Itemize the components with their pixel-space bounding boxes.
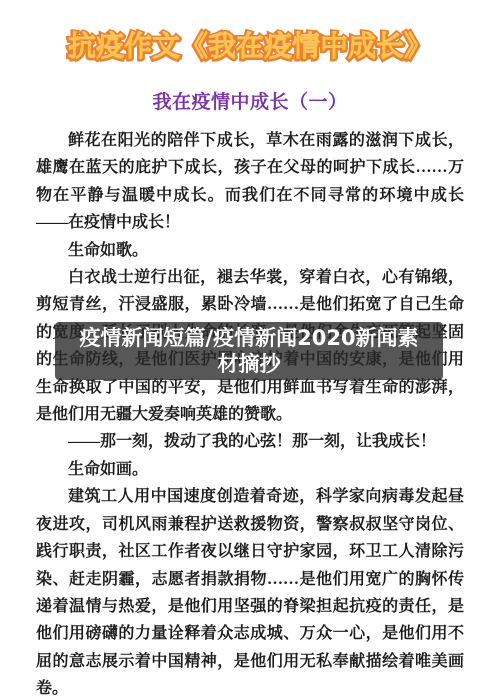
essay-subtitle: 我在疫情中成长（一） <box>0 87 500 114</box>
article-page: 抗疫作文《我在疫情中成长》 抗疫作文《我在疫情中成长》 我在疫情中成长（一） 鲜… <box>0 0 500 697</box>
watermark-line-2: 材摘抄 <box>218 351 281 377</box>
paragraph: ——那一刻，拨动了我的心弦！那一刻，让我成长！ <box>36 428 464 455</box>
page-title-text: 抗疫作文《我在疫情中成长》 <box>0 27 500 67</box>
paragraph: 建筑工人用中国速度创造着奇迹，科学家向病毒发起昼夜进攻，司机风雨兼程护送救援物资… <box>36 483 464 697</box>
paragraph: 生命如歌。 <box>36 237 464 264</box>
paragraph: 生命如画。 <box>36 456 464 483</box>
news-watermark-band: 疫情新闻短篇/疫情新闻2020新闻素 材摘抄 <box>55 322 443 380</box>
article-body: 鲜花在阳光的陪伴下成长，草木在雨露的滋润下成长，雄鹰在蓝天的庇护下成长，孩子在父… <box>0 127 500 697</box>
page-title: 抗疫作文《我在疫情中成长》 抗疫作文《我在疫情中成长》 <box>0 27 500 67</box>
watermark-line-1: 疫情新闻短篇/疫情新闻2020新闻素 <box>79 325 418 351</box>
paragraph: 鲜花在阳光的陪伴下成长，草木在雨露的滋润下成长，雄鹰在蓝天的庇护下成长，孩子在父… <box>36 127 464 237</box>
